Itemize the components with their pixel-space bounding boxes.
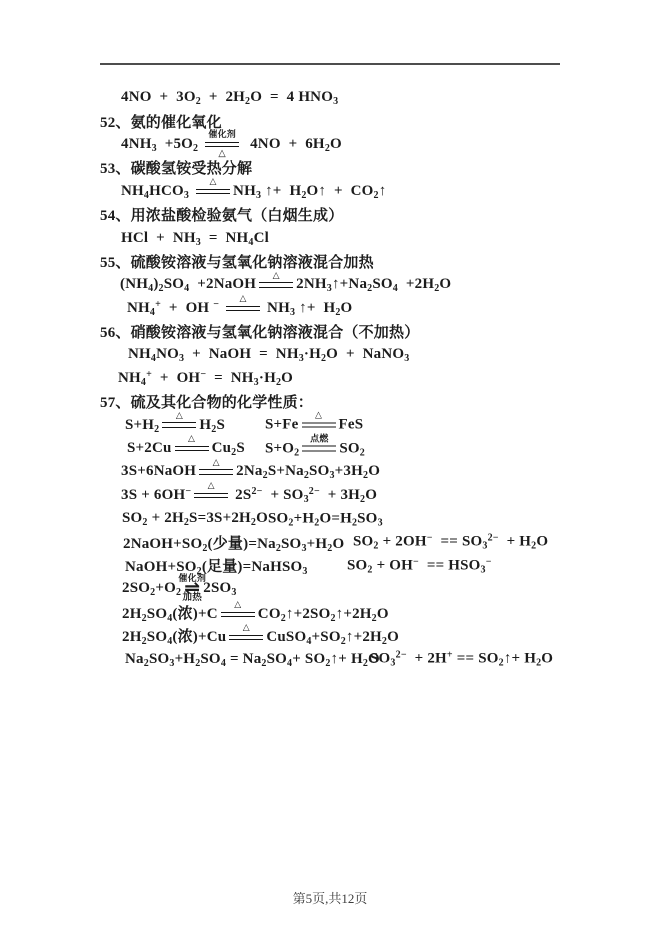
reaction-condition: △ xyxy=(221,612,255,618)
reaction-condition: △ xyxy=(259,282,293,288)
equation-text: SO2 + 2H2S=3S+2H2O xyxy=(122,510,268,527)
page-footer: 第5页,共12页 xyxy=(0,888,660,907)
heading-text: 56、硝酸铵溶液与氢氧化钠溶液混合（不加热） xyxy=(100,321,419,342)
heading-text: 53、碳酸氢铵受热分解 xyxy=(100,157,252,178)
equation-line: SO2 + 2H2S=3S+2H2OSO2+H2O=H2SO3 xyxy=(0,507,660,530)
equation-line: 2H2SO4(浓)+C△CO2↑+2SO2↑+2H2O xyxy=(0,601,660,624)
section-heading: 55、硫酸铵溶液与氢氧化钠溶液混合加热 xyxy=(0,250,660,273)
equation-text: HCl + NH3 = NH4Cl xyxy=(121,230,269,247)
heading-text: 55、硫酸铵溶液与氢氧化钠溶液混合加热 xyxy=(100,251,374,272)
reaction-condition: 催化剂⇌加热 xyxy=(184,583,200,594)
reaction-condition: 点燃 xyxy=(302,446,336,452)
section-heading: 53、碳酸氢铵受热分解 xyxy=(0,156,660,179)
equation-line: HCl + NH3 = NH4Cl xyxy=(0,226,660,249)
equation-text: SO32− + 2H+ == SO2↑+ H2O xyxy=(370,651,553,668)
reaction-condition: △ xyxy=(302,422,336,428)
equation-text: Na2SO3+H2SO4 = Na2SO4+ SO2↑+ H2O xyxy=(125,651,380,668)
equation-text: 2NaOH+SO2(少量)=Na2SO3+H2O xyxy=(123,532,344,553)
equation-line: Na2SO3+H2SO4 = Na2SO4+ SO2↑+ H2OSO32− + … xyxy=(0,647,660,670)
reaction-condition: 催化剂△ xyxy=(205,142,239,148)
reaction-condition: △ xyxy=(162,422,196,428)
equation-text: NH4NO3 + NaOH = NH3·H2O + NaNO3 xyxy=(128,346,409,363)
section-heading: 52、氨的催化氧化 xyxy=(0,109,660,132)
equation-text: NaOH+SO2(足量)=NaHSO3 xyxy=(125,555,308,576)
equation-text: NH4+ + OH− = NH3·H2O xyxy=(118,370,293,387)
section-heading: 54、用浓盐酸检验氨气（白烟生成） xyxy=(0,203,660,226)
equation-line: 2SO2+O2催化剂⇌加热2SO3 xyxy=(0,577,660,600)
equation-line: 2NaOH+SO2(少量)=Na2SO3+H2OSO2 + 2OH− == SO… xyxy=(0,530,660,553)
equation-text: SO2+H2O=H2SO3 xyxy=(268,510,383,527)
equation-text: SO2 + OH− == HSO3− xyxy=(347,557,492,574)
equation-line: 4NH3 +5O2 催化剂△ 4NO + 6H2O xyxy=(0,133,660,156)
document-page: 4NO + 3O2 + 2H2O = 4 HNO352、氨的催化氧化4NH3 +… xyxy=(0,0,660,933)
heading-text: 52、氨的催化氧化 xyxy=(100,111,222,132)
equation-line: 4NO + 3O2 + 2H2O = 4 HNO3 xyxy=(0,86,660,109)
reaction-condition: △ xyxy=(226,306,260,312)
equation-text: 3S + 6OH−△ 2S2− + SO32− + 3H2O xyxy=(121,487,377,504)
equation-text: SO2 + 2OH− == SO32− + H2O xyxy=(353,534,548,551)
reaction-condition: △ xyxy=(199,469,233,475)
equation-text: S+Fe△FeS xyxy=(265,417,363,434)
equation-line: S+2Cu△Cu2SS+O2点燃SO2 xyxy=(0,437,660,460)
equation-line: 3S+6NaOH△2Na2S+Na2SO3+3H2O xyxy=(0,460,660,483)
heading-text: 54、用浓盐酸检验氨气（白烟生成） xyxy=(100,204,343,225)
document-body: 4NO + 3O2 + 2H2O = 4 HNO352、氨的催化氧化4NH3 +… xyxy=(0,86,660,671)
equation-line: NH4+ + OH− = NH3·H2O xyxy=(0,367,660,390)
equation-line: NH4NO3 + NaOH = NH3·H2O + NaNO3 xyxy=(0,343,660,366)
heading-text: 57、硫及其化合物的化学性质： xyxy=(100,391,313,412)
equation-line: NaOH+SO2(足量)=NaHSO3SO2 + OH− == HSO3− xyxy=(0,554,660,577)
equation-text: 4NO + 3O2 + 2H2O = 4 HNO3 xyxy=(121,89,338,106)
equation-line: NH4+ + OH − △ NH3 ↑+ H2O xyxy=(0,297,660,320)
equation-line: 3S + 6OH−△ 2S2− + SO32− + 3H2O xyxy=(0,484,660,507)
header-rule xyxy=(100,63,560,65)
equation-line: S+H2△H2SS+Fe△FeS xyxy=(0,413,660,436)
equation-text: 2H2SO4(浓)+C△CO2↑+2SO2↑+2H2O xyxy=(122,602,389,623)
equation-text: NH4HCO3 △NH3 ↑+ H2O↑ + CO2↑ xyxy=(121,183,386,200)
equation-line: 2H2SO4(浓)+Cu△CuSO4+SO2↑+2H2O xyxy=(0,624,660,647)
reaction-condition: △ xyxy=(175,446,209,452)
equation-line: (NH4)2SO4 +2NaOH△2NH3↑+Na2SO4 +2H2O xyxy=(0,273,660,296)
reaction-condition: △ xyxy=(196,189,230,195)
equation-text: S+H2△H2S xyxy=(125,417,225,434)
equation-text: S+2Cu△Cu2S xyxy=(127,440,245,457)
section-heading: 57、硫及其化合物的化学性质： xyxy=(0,390,660,413)
reaction-condition: △ xyxy=(194,493,228,499)
equation-text: NH4+ + OH − △ NH3 ↑+ H2O xyxy=(127,300,352,317)
reaction-condition: △ xyxy=(229,635,263,641)
equation-text: 4NH3 +5O2 催化剂△ 4NO + 6H2O xyxy=(121,136,342,153)
equation-line: NH4HCO3 △NH3 ↑+ H2O↑ + CO2↑ xyxy=(0,180,660,203)
equation-text: S+O2点燃SO2 xyxy=(265,440,365,457)
section-heading: 56、硝酸铵溶液与氢氧化钠溶液混合（不加热） xyxy=(0,320,660,343)
equation-text: 2SO2+O2催化剂⇌加热2SO3 xyxy=(122,580,237,597)
equation-text: 3S+6NaOH△2Na2S+Na2SO3+3H2O xyxy=(121,463,380,480)
equation-text: (NH4)2SO4 +2NaOH△2NH3↑+Na2SO4 +2H2O xyxy=(120,276,451,293)
equation-text: 2H2SO4(浓)+Cu△CuSO4+SO2↑+2H2O xyxy=(122,625,399,646)
